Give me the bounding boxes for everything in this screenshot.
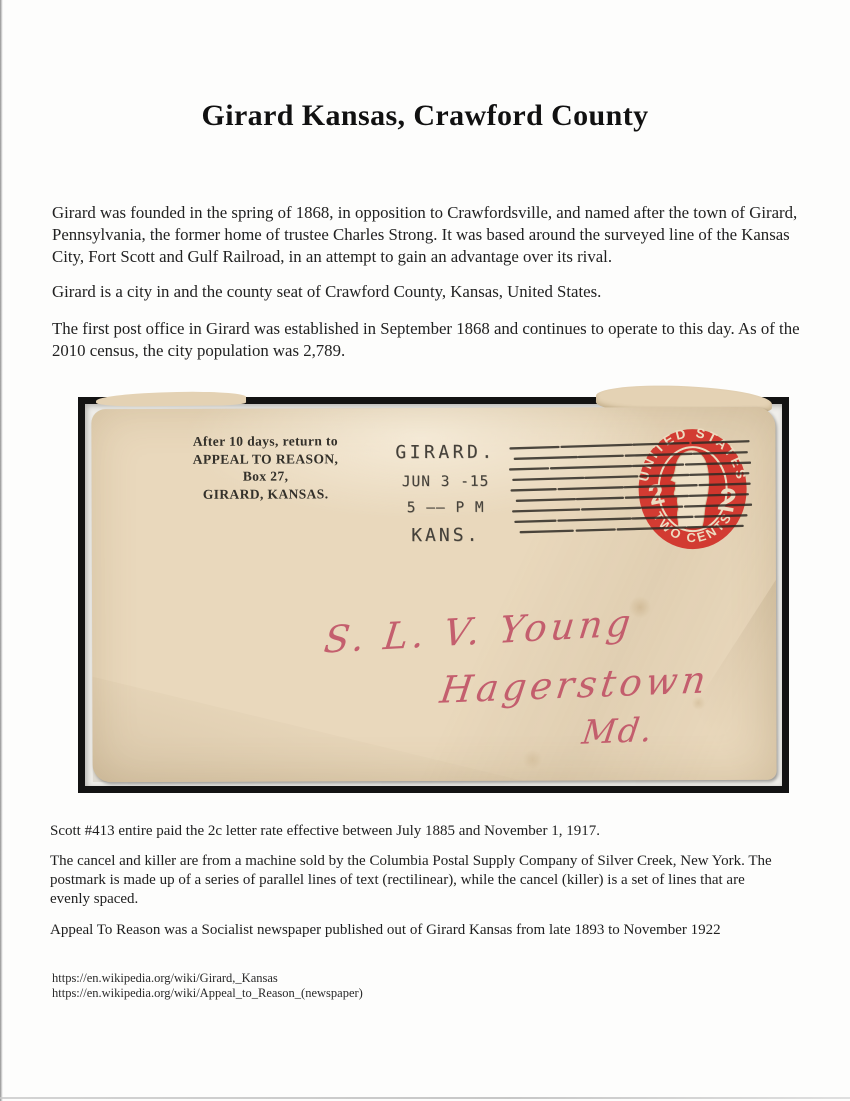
exhibit-page: Girard Kansas, Crawford County Girard wa…	[0, 0, 850, 1101]
cancel-killer-lines	[508, 438, 752, 538]
corner-card-line-2: APPEAL TO REASON,	[115, 450, 415, 469]
paragraph-founding-history: Girard was founded in the spring of 1868…	[52, 202, 800, 268]
envelope-top-edge-left	[96, 391, 246, 407]
wikipedia-link-girard: https://en.wikipedia.org/wiki/Girard,_Ka…	[52, 971, 363, 986]
machine-postmark: GIRARD. JUN 3 -15 5 ―― P M KANS.	[377, 442, 513, 546]
corner-card: After 10 days, return to APPEAL TO REASO…	[115, 432, 415, 503]
postmark-state: KANS.	[378, 525, 514, 546]
caption-appeal-to-reason: Appeal To Reason was a Socialist newspap…	[50, 921, 780, 940]
corner-card-line-3: Box 27,	[116, 467, 416, 486]
postal-cover: After 10 days, return to APPEAL TO REASO…	[91, 407, 776, 782]
postmark-date: JUN 3 -15	[378, 474, 514, 490]
postmark-city: GIRARD.	[377, 442, 513, 463]
reference-links: https://en.wikipedia.org/wiki/Girard,_Ka…	[52, 971, 363, 1001]
corner-card-line-1: After 10 days, return to	[115, 432, 415, 451]
wikipedia-link-appeal-to-reason: https://en.wikipedia.org/wiki/Appeal_to_…	[52, 986, 363, 1001]
paragraph-county-seat: Girard is a city in and the county seat …	[52, 281, 800, 303]
handwritten-state: Md.	[580, 710, 657, 752]
scan-edge-artifact-bottom	[0, 1097, 850, 1099]
caption-cancel-machine: The cancel and killer are from a machine…	[50, 852, 780, 909]
scan-edge-artifact	[0, 0, 3, 1101]
handwritten-city: Hagerstown	[437, 658, 712, 712]
caption-scott-number: Scott #413 entire paid the 2c letter rat…	[50, 822, 780, 841]
postmark-time: 5 ―― P M	[378, 500, 514, 516]
page-title: Girard Kansas, Crawford County	[0, 99, 850, 133]
paragraph-post-office: The first post office in Girard was esta…	[52, 318, 800, 362]
corner-card-line-4: GIRARD, KANSAS.	[116, 485, 416, 504]
handwritten-addressee: S. L. V. Young	[322, 601, 637, 662]
